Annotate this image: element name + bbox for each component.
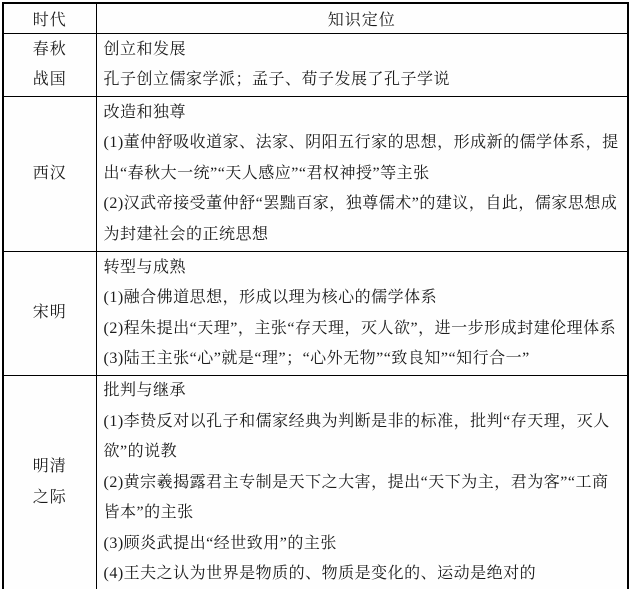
knowledge-item: (4)王夫之认为世界是物质的、物质是变化的、运动是绝对的: [104, 559, 622, 589]
knowledge-item: (1)李贽反对以孔子和儒家经典为判断是非的标准，批判“存天理，灭人欲”的说教: [104, 407, 622, 468]
confucianism-knowledge-table: 时代 知识定位 春秋 战国 创立和发展 孔子创立儒家学派；孟子、荀子发展了孔子学…: [2, 2, 629, 589]
knowledge-item: (3)陆王主张“心”就是“理”；“心外无物”“致良知”“知行合一”: [104, 344, 622, 375]
knowledge-cell: 转型与成熟 (1)融合佛道思想，形成以理为核心的儒学体系 (2)程朱提出“天理”…: [96, 252, 628, 376]
era-line: 宋明: [4, 298, 96, 329]
knowledge-item: (1)融合佛道思想，形成以理为核心的儒学体系: [104, 283, 622, 314]
knowledge-item: (1)董仲舒吸收道家、法家、阴阳五行家的思想，形成新的儒学体系，提出“春秋大一统…: [104, 128, 622, 189]
era-line: 之际: [4, 483, 96, 514]
table-row-xihan: 西汉 改造和独尊 (1)董仲舒吸收道家、法家、阴阳五行家的思想，形成新的儒学体系…: [3, 97, 628, 252]
knowledge-item: 转型与成熟: [104, 253, 622, 284]
era-cell: 春秋 战国: [3, 34, 96, 97]
era-cell: 明清 之际: [3, 376, 96, 589]
era-cell: 西汉: [3, 97, 96, 252]
era-line: 战国: [4, 65, 96, 96]
table-row-songming: 宋明 转型与成熟 (1)融合佛道思想，形成以理为核心的儒学体系 (2)程朱提出“…: [3, 252, 628, 376]
knowledge-item: (3)顾炎武提出“经世致用”的主张: [104, 529, 622, 560]
header-era: 时代: [3, 3, 96, 34]
header-knowledge: 知识定位: [96, 3, 628, 34]
knowledge-cell: 批判与继承 (1)李贽反对以孔子和儒家经典为判断是非的标准，批判“存天理，灭人欲…: [96, 376, 628, 589]
table-row-mingqing-zhiji: 明清 之际 批判与继承 (1)李贽反对以孔子和儒家经典为判断是非的标准，批判“存…: [3, 376, 628, 589]
table-header-row: 时代 知识定位: [3, 3, 628, 34]
era-line: 西汉: [4, 159, 96, 190]
era-cell: 宋明: [3, 252, 96, 376]
knowledge-item: (2)汉武帝接受董仲舒“罢黜百家，独尊儒术”的建议，自此，儒家思想成为封建社会的…: [104, 189, 622, 250]
knowledge-item: 改造和独尊: [104, 98, 622, 129]
era-line: 春秋: [4, 35, 96, 66]
knowledge-cell: 创立和发展 孔子创立儒家学派；孟子、荀子发展了孔子学说: [96, 34, 628, 97]
knowledge-item: 批判与继承: [104, 376, 622, 407]
knowledge-item: (2)黄宗羲揭露君主专制是天下之大害，提出“天下为主，君为客”“工商皆本”的主张: [104, 468, 622, 529]
knowledge-item: 创立和发展: [104, 35, 622, 66]
knowledge-cell: 改造和独尊 (1)董仲舒吸收道家、法家、阴阳五行家的思想，形成新的儒学体系，提出…: [96, 97, 628, 252]
era-line: 明清: [4, 452, 96, 483]
knowledge-item: 孔子创立儒家学派；孟子、荀子发展了孔子学说: [104, 65, 622, 96]
table-row-chunqiu-zhanguo: 春秋 战国 创立和发展 孔子创立儒家学派；孟子、荀子发展了孔子学说: [3, 34, 628, 97]
knowledge-item: (2)程朱提出“天理”，主张“存天理，灭人欲”，进一步形成封建伦理体系: [104, 314, 622, 345]
